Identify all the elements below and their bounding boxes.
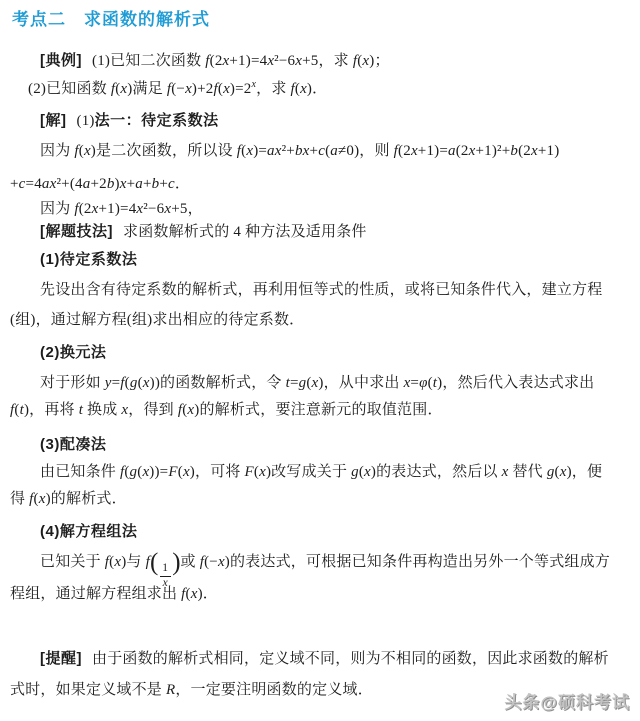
solution-heading-line: [解](1)法一：待定系数法 (10, 105, 630, 136)
fraction-close-paren: ) (172, 549, 180, 576)
example-label: [典例] (40, 52, 82, 69)
method-4-line-1: 已知关于 f(x)与 f(1x)或 f(−x)的表达式，可根据已知条件再构造出另… (10, 547, 630, 578)
method-1-line-1: 先设出含有待定系数的解析式，再利用恒等式的性质，或将已知条件代入，建立方程 (10, 275, 630, 306)
document-page: 考点二 求函数的解析式 [典例](1)已知二次函数 f(2x+1)=4x²−6x… (0, 0, 640, 721)
method-4-line-2: 程组，通过解方程组求出 f(x)． (10, 579, 630, 610)
reminder-line-1: [提醒]由于函数的解析式相同，定义域不同，则为不相同的函数，因此求函数的解析 (10, 643, 630, 674)
method-3-name: (3)配凑法 (10, 429, 630, 460)
method-4-post-text: 或 f(−x)的表达式，可根据已知条件再构造出另外一个等式组成方 (181, 554, 610, 570)
watermark: 头条@硕科考试 (504, 688, 630, 713)
solution-label: [解] (40, 112, 67, 129)
solution-number: (1) (77, 113, 95, 129)
method-3-line-2: 得 f(x)的解析式． (10, 484, 630, 515)
reminder-label: [提醒] (40, 650, 82, 667)
method-1-name: (1)待定系数法 (10, 244, 630, 275)
page-title: 考点二 求函数的解析式 (12, 8, 630, 32)
fraction-open-paren: ( (150, 549, 158, 576)
example-problem-1: (1)已知二次函数 f(2x+1)=4x²−6x+5，求 f(x)； (92, 53, 390, 69)
example-problem-2: (2)已知函数 f(x)满足 f(−x)+2f(x)=2x，求 f(x)． (28, 81, 327, 97)
method-1-line-2: (组)，通过解方程(组)求出相应的待定系数． (10, 305, 630, 336)
method-2-name: (2)换元法 (10, 337, 630, 368)
solution-line-1: 因为 f(x)是二次函数，所以设 f(x)=ax²+bx+c(a≠0)，则 f(… (10, 136, 630, 167)
method-4-pre-text: 已知关于 f(x)与 f (40, 554, 150, 570)
technique-heading: 求函数解析式的 4 种方法及适用条件 (123, 224, 367, 240)
example-line-1: [典例](1)已知二次函数 f(2x+1)=4x²−6x+5，求 f(x)； (10, 45, 630, 76)
technique-heading-line: [解题技法]求函数解析式的 4 种方法及适用条件 (10, 216, 630, 247)
reminder-text-1: 由于函数的解析式相同，定义域不同，则为不相同的函数，因此求函数的解析 (92, 651, 609, 667)
technique-label: [解题技法] (40, 223, 113, 240)
example-line-2: (2)已知函数 f(x)满足 f(−x)+2f(x)=2x，求 f(x)． (10, 74, 630, 105)
method-2-line-2: f(t)，再将 t 换成 x，得到 f(x)的解析式，要注意新元的取值范围． (10, 395, 630, 426)
solution-method-title: 法一：待定系数法 (95, 112, 219, 129)
method-4-name: (4)解方程组法 (10, 516, 630, 547)
fraction-numerator: 1 (159, 563, 171, 576)
